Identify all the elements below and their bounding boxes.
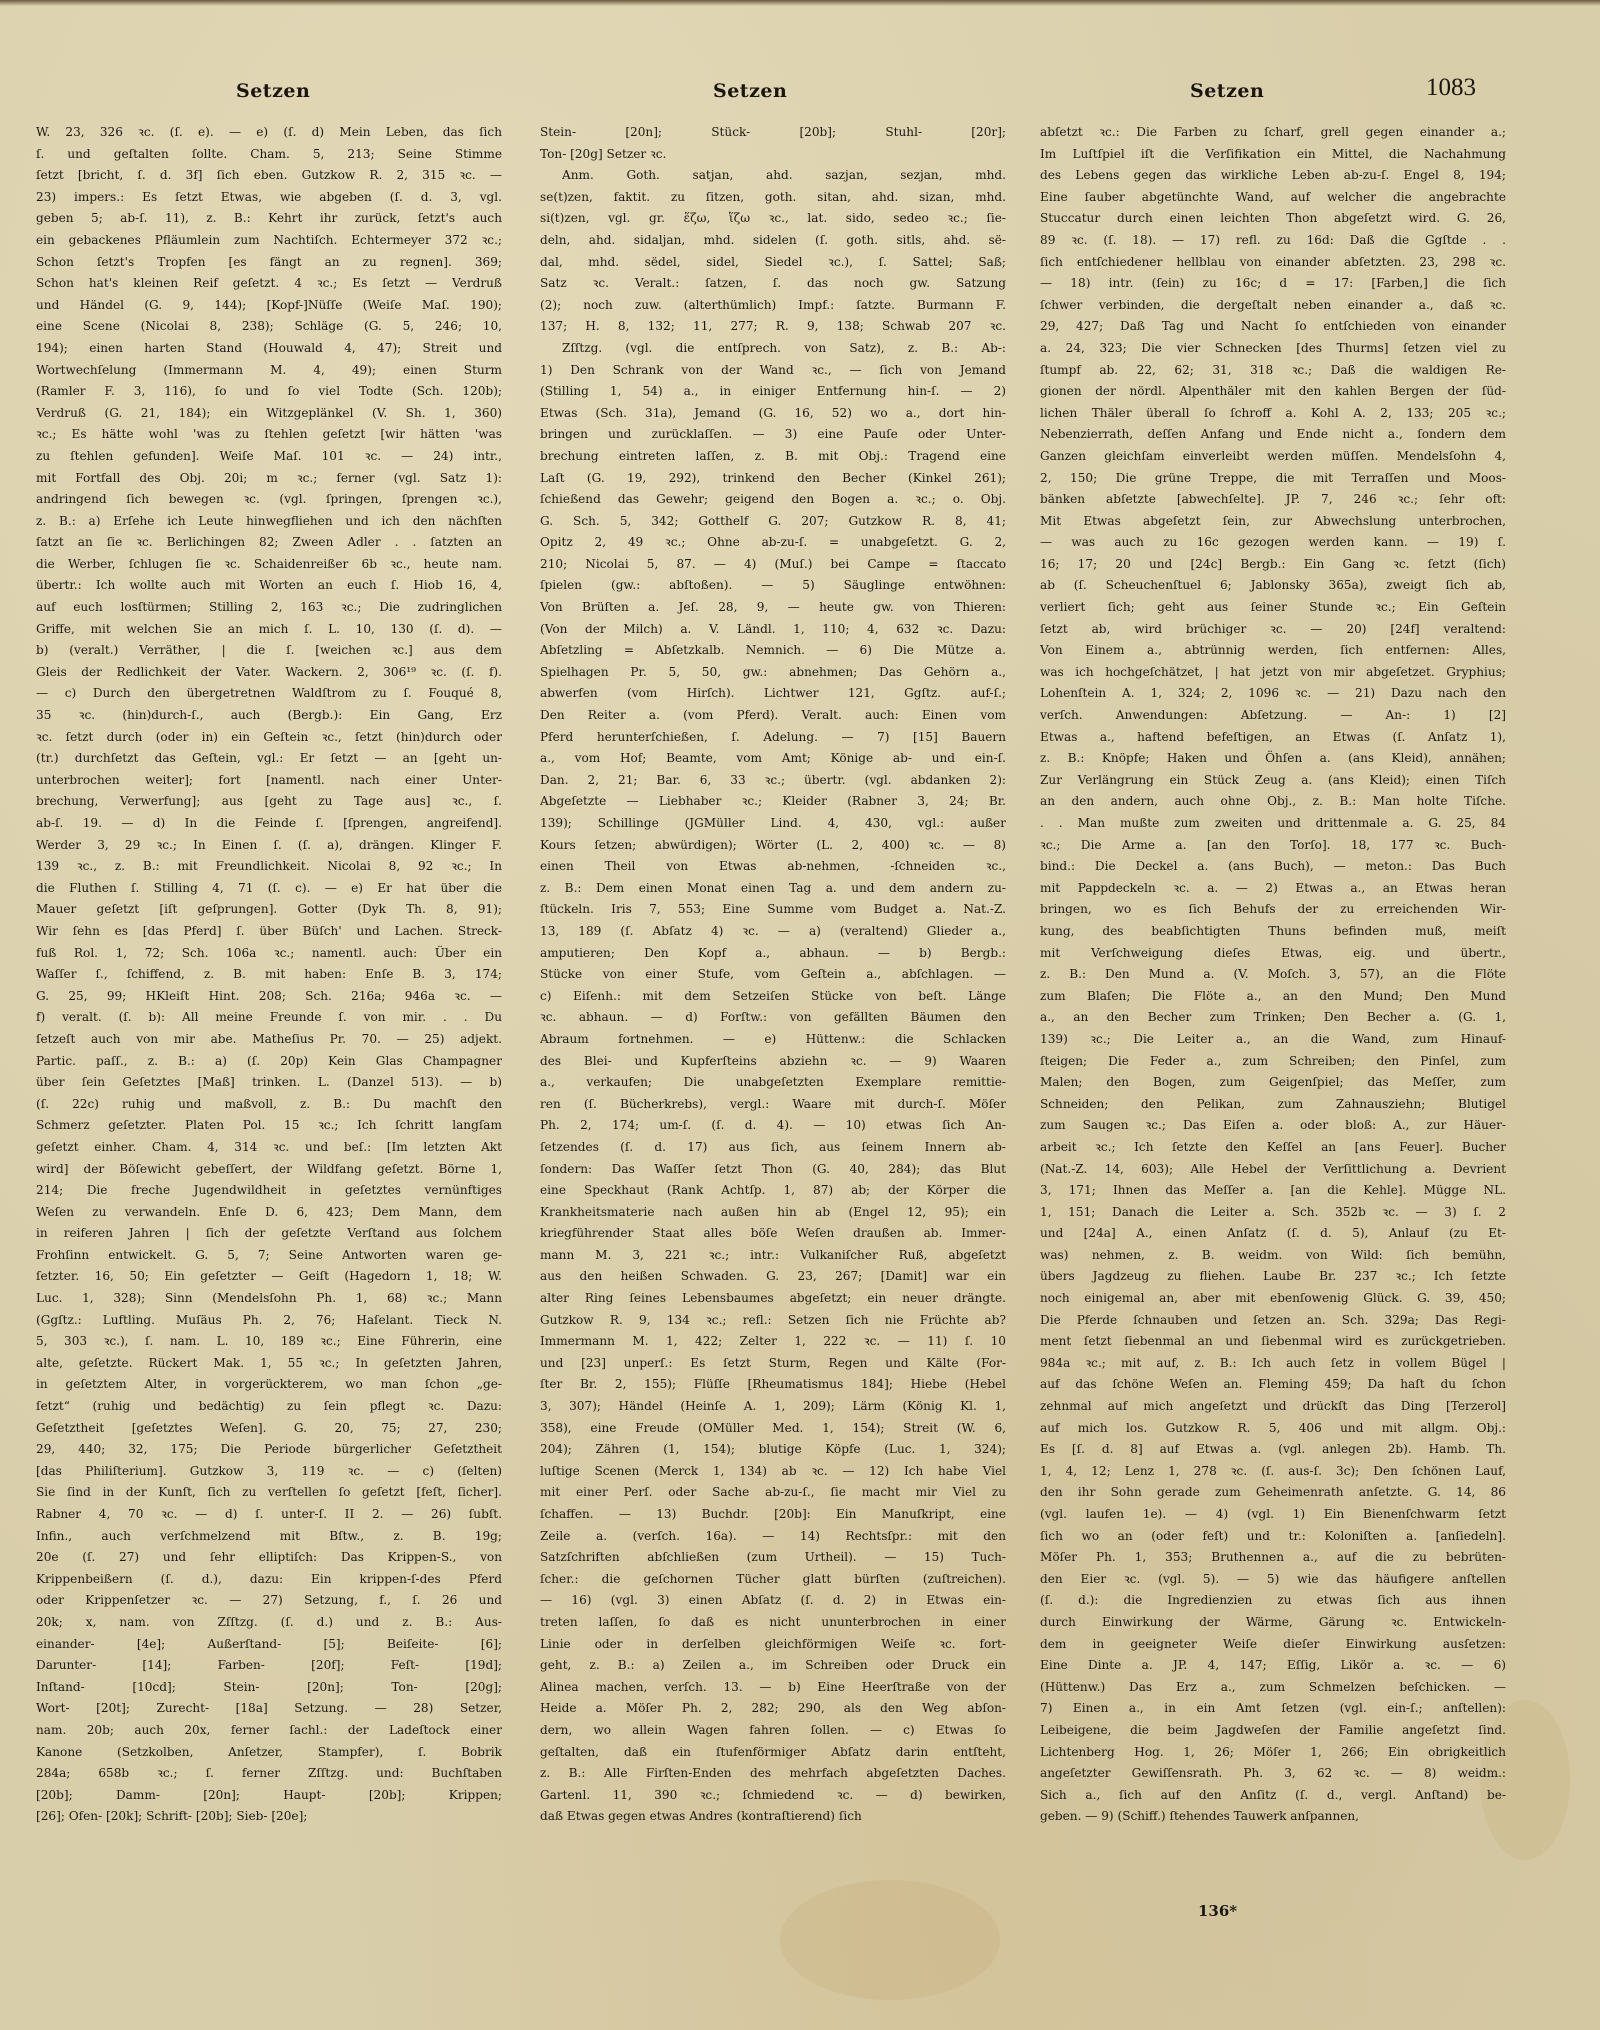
text-line: Eine Dinte a. JP. 4, 147; Eſſig, Likör a… bbox=[1040, 1655, 1506, 1677]
text-line: se(t)zen, faktit. zu ſitzen, goth. sitan… bbox=[540, 187, 1006, 209]
column-middle: Stein- [20n]; Stück- [20b]; Stuhl- [20r]… bbox=[540, 122, 1006, 1828]
text-line: 214; Die freche Jugendwildheit in geſetz… bbox=[36, 1180, 502, 1202]
text-line: Werder 3, 29 ꝛc.; In Einen ſ. (ſ. a), dr… bbox=[36, 835, 502, 857]
text-line: abſetzt ꝛc.: Die Farben zu ſcharf, grell… bbox=[1040, 122, 1506, 144]
text-line: was ich hochgeſchätzet, | hat jetzt von … bbox=[1040, 662, 1506, 684]
text-line: Inſtand- [10cd]; Stein- [20n]; Ton- [20g… bbox=[36, 1677, 502, 1699]
page-top-edge bbox=[0, 0, 1600, 6]
text-line: zehnmal auf mich angeſetzt und drückſt d… bbox=[1040, 1396, 1506, 1418]
text-line: z. B.: Alle Firſten-Enden des mehrfach a… bbox=[540, 1763, 1006, 1785]
text-line: 29, 440; 32, 175; Die Periode bürgerlich… bbox=[36, 1439, 502, 1461]
text-line: bind.: Die Deckel a. (ans Buch), — meton… bbox=[1040, 856, 1506, 878]
text-line: brechung, Verwerfung]; aus [geht zu Tage… bbox=[36, 791, 502, 813]
text-line: 7) Einen a., in ein Amt ſetzen (vgl. ein… bbox=[1040, 1698, 1506, 1720]
text-line: abwerfen (vom Hirſch). Lichtwer 121, Ggſ… bbox=[540, 683, 1006, 705]
text-line: ſetzeſt auch von mir abe. Matheſius Pr. … bbox=[36, 1029, 502, 1051]
text-line: ſtumpf ab. 22, 62; 31, 318 ꝛc.; Daß die … bbox=[1040, 360, 1506, 382]
text-line: a., an den Becher zum Trinken; Den Beche… bbox=[1040, 1007, 1506, 1029]
dictionary-columns: W. 23, 326 ꝛc. (ſ. e). — e) (ſ. d) Mein … bbox=[36, 122, 1512, 1952]
text-line: Stuccatur durch einen leichten Thon abge… bbox=[1040, 208, 1506, 230]
text-line: übertr.: Ich wollte auch mit Worten an e… bbox=[36, 575, 502, 597]
text-line: 210; Nicolai 5, 87. — 4) (Muſ.) bei Camp… bbox=[540, 554, 1006, 576]
text-line: Verdruß (G. 21, 184); ein Witzgeplänkel … bbox=[36, 403, 502, 425]
text-line: 3, 171; Ihnen das Meſſer a. [an die Kehl… bbox=[1040, 1180, 1506, 1202]
text-line: ein gebackenes Pfläumlein zum Nachtiſch.… bbox=[36, 230, 502, 252]
text-line: Griffe, mit welchen Sie an mich ſ. L. 10… bbox=[36, 619, 502, 641]
text-line: aus den heißen Schwaden. G. 23, 267; [Da… bbox=[540, 1266, 1006, 1288]
text-line: Satz ꝛc. Veralt.: ſatzen, ſ. das noch gw… bbox=[540, 273, 1006, 295]
text-line: ab-ſ. 19. — d) In die Feinde ſ. [ſprenge… bbox=[36, 813, 502, 835]
text-line: den Eier ꝛc. (vgl. 5). — 5) wie das häuf… bbox=[1040, 1569, 1506, 1591]
text-line: alter Ring ſeines Lebensbaumes abgeſetzt… bbox=[540, 1288, 1006, 1310]
text-line: Im Luſtſpiel iſt die Verſifikation ein M… bbox=[1040, 144, 1506, 166]
page-number: 1083 bbox=[1426, 74, 1476, 102]
text-line: einander- [4e]; Außerſtand- [5]; Beiſeit… bbox=[36, 1634, 502, 1656]
text-line: Schneiden; den Pelikan, zum Zahnausziehn… bbox=[1040, 1094, 1506, 1116]
text-line: dal, mhd. sëdel, sidel, Siedel ꝛc.), ſ. … bbox=[540, 252, 1006, 274]
text-line: 1) Den Schrank von der Wand ꝛc., — ſich … bbox=[540, 360, 1006, 382]
text-line: ſatzt an ſie ꝛc. Berlichingen 82; Zween … bbox=[36, 532, 502, 554]
text-line: Von Brüſten a. Jeſ. 28, 9, — heute gw. v… bbox=[540, 597, 1006, 619]
text-line: eine Scene (Nicolai 8, 238); Schläge (G.… bbox=[36, 316, 502, 338]
text-line: gionen der nördl. Alpenthäler mit den ka… bbox=[1040, 381, 1506, 403]
text-line: b) (veralt.) Verräther, | die ſ. [weiche… bbox=[36, 640, 502, 662]
text-line: (ſ. 22c) ruhig und maßvoll, z. B.: Du ma… bbox=[36, 1094, 502, 1116]
text-line: an den andern, auch ohne Obj., z. B.: Ma… bbox=[1040, 791, 1506, 813]
text-line: Luc. 1, 328); Sinn (Mendelsſohn Ph. 1, 6… bbox=[36, 1288, 502, 1310]
text-line: nam. 20b; auch 20x, ferner ſachl.: der L… bbox=[36, 1720, 502, 1742]
text-line: Kanone (Setzkolben, Anſetzer, Stampfer),… bbox=[36, 1742, 502, 1764]
text-line: des Lebens gegen das wirkliche Leben ab-… bbox=[1040, 165, 1506, 187]
text-line: Dan. 2, 21; Bar. 6, 33 ꝛc.; übertr. (vgl… bbox=[540, 770, 1006, 792]
text-line: angeſetzter Gewiſſensrath. Ph. 3, 62 ꝛc.… bbox=[1040, 1763, 1506, 1785]
text-line: und [23] unperſ.: Es ſetzt Sturm, Regen … bbox=[540, 1353, 1006, 1375]
running-head-right: Setzen bbox=[1190, 80, 1264, 102]
text-line: Krankheitsmaterie nach außen hin ab (Eng… bbox=[540, 1202, 1006, 1224]
text-line: des Blei- und Kupferſteins abziehn ꝛc. —… bbox=[540, 1051, 1006, 1073]
text-line: Nebenzierrath, deſſen Anfang und Ende ni… bbox=[1040, 424, 1506, 446]
text-line: ſetzt [bricht, ſ. d. 3f] ſich eben. Gutz… bbox=[36, 165, 502, 187]
text-line: Abraum fortnehmen. — e) Hüttenw.: die Sc… bbox=[540, 1029, 1006, 1051]
text-line: Schon ſetzt's Tropfen [es fängt an zu re… bbox=[36, 252, 502, 274]
text-line: 204); Zähren (1, 154); blutige Köpfe (Lu… bbox=[540, 1439, 1006, 1461]
text-line: — 18) intr. (ſein) zu 16c; d = 17: [Farb… bbox=[1040, 273, 1506, 295]
running-head-left: Setzen bbox=[236, 80, 310, 102]
text-line: — c) Durch den übergetretnen Waldſtrom z… bbox=[36, 683, 502, 705]
text-line: 89 ꝛc. (ſ. 18). — 17) refl. zu 16d: Daß … bbox=[1040, 230, 1506, 252]
text-line: Ph. 2, 174; um-ſ. (ſ. d. 4). — 10) etwas… bbox=[540, 1115, 1006, 1137]
text-line: luſtige Scenen (Merck 1, 134) ab ꝛc. — 1… bbox=[540, 1461, 1006, 1483]
text-line: einen Theil von Etwas ab-nehmen, -ſchnei… bbox=[540, 856, 1006, 878]
text-line: brechung eintreten laſſen, z. B. mit Obj… bbox=[540, 446, 1006, 468]
text-line: mit einer Perſ. oder Sache ab-zu-ſ., ſie… bbox=[540, 1482, 1006, 1504]
text-line: ꝛc.; Die Arme a. [an den Torſo]. 18, 177… bbox=[1040, 835, 1506, 857]
text-line: Mit Etwas abgeſetzt ſein, zur Abwechslun… bbox=[1040, 511, 1506, 533]
text-line: (Ramler F. 3, 116), ſo und ſo viel Todte… bbox=[36, 381, 502, 403]
text-line: lichen Thäler überall ſo ſchroff a. Kohl… bbox=[1040, 403, 1506, 425]
text-line: amputieren; Den Kopf a., abhaun. — b) Be… bbox=[540, 943, 1006, 965]
text-line: Rabner 4, 70 ꝛc. — d) ſ. unter-ſ. II 2. … bbox=[36, 1504, 502, 1526]
text-line: a. 24, 323; Die vier Schnecken [des Thur… bbox=[1040, 338, 1506, 360]
text-line: Etwas a., haftend befeſtigen, an Etwas (… bbox=[1040, 727, 1506, 749]
text-line: Schmerz geſetzter. Platen Pol. 15 ꝛc.; I… bbox=[36, 1115, 502, 1137]
text-line: z. B.: Den Mund a. (V. Moſch. 3, 57), an… bbox=[1040, 964, 1506, 986]
text-line: ſchwer verbinden, die dergeſtalt neben e… bbox=[1040, 295, 1506, 317]
text-line: die Fluthen ſ. Stilling 4, 71 (ſ. c). — … bbox=[36, 878, 502, 900]
text-line: Frohſinn entwickelt. G. 5, 7; Seine Antw… bbox=[36, 1245, 502, 1267]
text-line: dem in geeigneter Weiſe dieſer Einwirkun… bbox=[1040, 1634, 1506, 1656]
text-line: Pferd herunterſchießen, ſ. Adelung. — 7)… bbox=[540, 727, 1006, 749]
text-line: Etwas (Sch. 31a), Jemand (G. 16, 52) wo … bbox=[540, 403, 1006, 425]
text-line: Sie ſind in der Kunſt, ſich zu verſtelle… bbox=[36, 1482, 502, 1504]
text-line: geben. — 9) (Schiff.) ſtehendes Tauwerk … bbox=[1040, 1806, 1506, 1828]
text-line: bänken abſetzte [abwechſelte]. JP. 7, 24… bbox=[1040, 489, 1506, 511]
text-line: auf das ſchöne Weſen an. Fleming 459; Da… bbox=[1040, 1374, 1506, 1396]
text-line: Krippenbeißern (ſ. d.), dazu: Ein krippe… bbox=[36, 1569, 502, 1591]
text-line: den ihr Sohn gerade zum Geheimenrath anſ… bbox=[1040, 1482, 1506, 1504]
text-line: Waſſer ſ., ſchiffend, z. B. mit haben: E… bbox=[36, 964, 502, 986]
text-line: a., vom Hof; Beamte, vom Amt; Könige ab-… bbox=[540, 748, 1006, 770]
text-line: 137; H. 8, 132; 11, 277; R. 9, 138; Schw… bbox=[540, 316, 1006, 338]
text-line: verſch. Anwendungen: Abſetzung. — An-: 1… bbox=[1040, 705, 1506, 727]
running-head-center: Setzen bbox=[713, 80, 787, 102]
text-line: ſetzt“ (ruhig und bedächtig) zu ſein pfl… bbox=[36, 1396, 502, 1418]
text-line: Stein- [20n]; Stück- [20b]; Stuhl- [20r]… bbox=[540, 122, 1006, 144]
text-line: mann M. 3, 221 ꝛc.; intr.: Vulkaniſcher … bbox=[540, 1245, 1006, 1267]
text-line: in geſetztem Alter, in vorgerückterem, w… bbox=[36, 1374, 502, 1396]
text-line: oder Krippenſetzer ꝛc. — 27) Setzung, f.… bbox=[36, 1590, 502, 1612]
text-line: Infin., auch verſchmelzend mit Bſtw., z.… bbox=[36, 1526, 502, 1548]
text-line: geſetzt einher. Cham. 4, 314 ꝛc. und beſ… bbox=[36, 1137, 502, 1159]
text-line: alte, geſetzte. Rückert Mak. 1, 55 ꝛc.; … bbox=[36, 1353, 502, 1375]
text-line: mit Fortfall des Obj. 20i; m ꝛc.; ferner… bbox=[36, 468, 502, 490]
text-line: G. 25, 99; HKleiſt Hint. 208; Sch. 216a;… bbox=[36, 986, 502, 1008]
text-line: ſteigen; Die Feder a., zum Schreiben; de… bbox=[1040, 1051, 1506, 1073]
text-line: ſchießend das Gewehr; geigend den Bogen … bbox=[540, 489, 1006, 511]
text-line: Lohenſtein A. 1, 324; 2, 1096 ꝛc. — 21) … bbox=[1040, 683, 1506, 705]
column-right: abſetzt ꝛc.: Die Farben zu ſcharf, grell… bbox=[1040, 122, 1506, 1828]
text-line: ſter Br. 2, 155); Flüſſe [Rheumatismus 1… bbox=[540, 1374, 1006, 1396]
text-line: bringen, wo es ſich Behufs der zu erreic… bbox=[1040, 899, 1506, 921]
text-line: was) nehmen, z. B. weidm. von Wild: ſich… bbox=[1040, 1245, 1506, 1267]
text-line: (Stilling 1, 54) a., in einiger Entfernu… bbox=[540, 381, 1006, 403]
text-line: Partic. paſſ., z. B.: a) (ſ. 20p) Kein G… bbox=[36, 1051, 502, 1073]
text-line: 284a; 658b ꝛc.; ſ. ferner Zſſtzg. und: B… bbox=[36, 1763, 502, 1785]
text-line: kriegführender Staat alles böſe Weſen dr… bbox=[540, 1223, 1006, 1245]
text-line: kung, des beabſichtigten Thuns befinden … bbox=[1040, 921, 1506, 943]
text-line: 20e (ſ. 27) und ſehr elliptiſch: Das Kri… bbox=[36, 1547, 502, 1569]
text-line: Mauer geſetzt [iſt geſprungen]. Gotter (… bbox=[36, 899, 502, 921]
text-line: noch einigemal an, aber mit ebenſowenig … bbox=[1040, 1288, 1506, 1310]
text-line: Kours ſetzen; abwürdigen); Wörter (L. 2,… bbox=[540, 835, 1006, 857]
text-line: über ſein Geſetztes [Maß] trinken. L. (D… bbox=[36, 1072, 502, 1094]
text-line: ab (ſ. Scheuchenſtuel 6; Jablonsky 365a)… bbox=[1040, 575, 1506, 597]
text-line: deln, ahd. sidaljan, mhd. sidelen (ſ. go… bbox=[540, 230, 1006, 252]
text-line: Anm. Goth. satjan, ahd. sazjan, sezjan, … bbox=[540, 165, 1006, 187]
text-line: Die Pferde ſchnauben und ſetzen an. Sch.… bbox=[1040, 1310, 1506, 1332]
text-line: ꝛc.; Es hätte wohl 'was zu ſtehlen geſet… bbox=[36, 424, 502, 446]
text-line: 139) ꝛc.; Die Leiter a., an die Wand, zu… bbox=[1040, 1029, 1506, 1051]
text-line: — was auch zu 16c gezogen werden kann. —… bbox=[1040, 532, 1506, 554]
text-line: (Nat.-Z. 14, 603); Alle Hebel der Verſit… bbox=[1040, 1159, 1506, 1181]
text-line: verliert ſich; geht aus ſeiner Stunde ꝛc… bbox=[1040, 597, 1506, 619]
text-line: Von Einem a., abtrünnig werden, ſich ent… bbox=[1040, 640, 1506, 662]
text-line: ſ. und geſtalten ſollte. Cham. 5, 213; S… bbox=[36, 144, 502, 166]
column-left: W. 23, 326 ꝛc. (ſ. e). — e) (ſ. d) Mein … bbox=[36, 122, 502, 1828]
text-line: 194); einen harten Stand (Houwald 4, 47)… bbox=[36, 338, 502, 360]
text-line: Abgeſetzte — Liebhaber ꝛc.; Kleider (Rab… bbox=[540, 791, 1006, 813]
text-line: Weſen zu verwandeln. Enſe D. 6, 423; Dem… bbox=[36, 1202, 502, 1224]
text-line: Opitz 2, 49 ꝛc.; Ohne ab-zu-ſ. = unabgeſ… bbox=[540, 532, 1006, 554]
text-line: Wort- [20t]; Zurecht- [18a] Setzung. — 2… bbox=[36, 1698, 502, 1720]
text-line: 20k; x, nam. von Zſſtzg. (ſ. d.) und z. … bbox=[36, 1612, 502, 1634]
text-line: Malen; den Bogen, zum Geigenſpiel; das M… bbox=[1040, 1072, 1506, 1094]
text-line: 139 ꝛc., z. B.: mit Freundlichkeit. Nico… bbox=[36, 856, 502, 878]
text-line: ſetzendes (ſ. d. 17) aus ſich, aus ſeine… bbox=[540, 1137, 1006, 1159]
text-line: Lichtenberg Hog. 1, 26; Möſer 1, 266; Ei… bbox=[1040, 1742, 1506, 1764]
text-line: . . Man mußte zum zweiten und drittenmal… bbox=[1040, 813, 1506, 835]
text-line: Möſer Ph. 1, 353; Bruthennen a., auf die… bbox=[1040, 1547, 1506, 1569]
text-line: andringend ſich bewegen ꝛc. (vgl. ſpring… bbox=[36, 489, 502, 511]
text-line: Stücke von einer Stufe, vom Geſtein a., … bbox=[540, 964, 1006, 986]
text-line: zum Saugen ꝛc.; Das Eiſen a. oder bloß: … bbox=[1040, 1115, 1506, 1137]
text-line: 5, 303 ꝛc.), ſ. nam. L. 10, 189 ꝛc.; Ein… bbox=[36, 1331, 502, 1353]
text-line: Gutzkow R. 9, 134 ꝛc.; refl.: Setzen ſic… bbox=[540, 1310, 1006, 1332]
text-line: z. B.: Dem einen Monat einen Tag a. und … bbox=[540, 878, 1006, 900]
text-line: und Händel (G. 9, 144); [Kopf-]Nüſſe (We… bbox=[36, 295, 502, 317]
signature-mark: 136* bbox=[1198, 1902, 1237, 1920]
text-line: ren (ſ. Bücherkrebs), vergl.: Waare mit … bbox=[540, 1094, 1006, 1116]
text-line: Geſetztheit [geſetztes Weſen]. G. 20, 75… bbox=[36, 1418, 502, 1440]
text-line: Eine ſauber abgetünchte Wand, auf welche… bbox=[1040, 187, 1506, 209]
text-line: c) Eiſenh.: mit dem Setzeiſen Stücke von… bbox=[540, 986, 1006, 1008]
text-line: — 16) (vgl. 3) einen Abſatz (ſ. d. 2) in… bbox=[540, 1590, 1006, 1612]
text-line: Schon hat's kleinen Reif geſetzt. 4 ꝛc.;… bbox=[36, 273, 502, 295]
text-line: daß Etwas gegen etwas Andres (kontraſtie… bbox=[540, 1806, 1006, 1828]
text-line: (ſ. d.): die Ingredienzien zu etwas ſich… bbox=[1040, 1590, 1506, 1612]
text-line: Heide a. Möſer Ph. 2, 282; 290, als den … bbox=[540, 1698, 1006, 1720]
text-line: f) veralt. (ſ. b): All meine Freunde ſ. … bbox=[36, 1007, 502, 1029]
text-line: Leibeigene, die beim Jagdweſen der Famil… bbox=[1040, 1720, 1506, 1742]
text-line: 3, 307); Händel (Heinſe A. 1, 209); Lärm… bbox=[540, 1396, 1006, 1418]
text-line: (tr.) durchſetzt das Geſtein, vgl.: Er ſ… bbox=[36, 748, 502, 770]
text-line: ſtückeln. Iris 7, 553; Eine Summe vom Bu… bbox=[540, 899, 1006, 921]
text-line: zum Blaſen; Die Flöte a., an den Mund; D… bbox=[1040, 986, 1506, 1008]
text-line: 2, 150; Die grüne Treppe, die mit Terraſ… bbox=[1040, 468, 1506, 490]
text-line: Satzſchriften abſchließen (zum Urtheil).… bbox=[540, 1547, 1006, 1569]
text-line: auf mich los. Gutzkow R. 5, 406 und mit … bbox=[1040, 1418, 1506, 1440]
text-line: ſcher.: die geſchornen Tücher glatt bürſ… bbox=[540, 1569, 1006, 1591]
text-line: si(t)zen, vgl. gr. ἕζω, ἵζω ꝛc., lat. si… bbox=[540, 208, 1006, 230]
text-line: Ganzen gleichſam einverleibt werden müſſ… bbox=[1040, 446, 1506, 468]
text-line: (Von der Milch) a. V. Ländl. 1, 110; 4, … bbox=[540, 619, 1006, 641]
text-line: a., verkaufen; Die unabgeſetzten Exempla… bbox=[540, 1072, 1006, 1094]
text-line: 29, 427; Daß Tag und Nacht ſo entſchiede… bbox=[1040, 316, 1506, 338]
text-line: 13, 189 (ſ. Abſatz 4) ꝛc. — a) (veralten… bbox=[540, 921, 1006, 943]
text-line: eine Speckhaut (Rank Achtſp. 1, 87) ab; … bbox=[540, 1180, 1006, 1202]
text-line: Gartenl. 11, 390 ꝛc.; ſchmiedend ꝛc. — d… bbox=[540, 1785, 1006, 1807]
text-line: ſich wo an (oder feſt) und tr.: Koloniſt… bbox=[1040, 1526, 1506, 1548]
text-line: 23) impers.: Es ſetzt Etwas, wie abgeben… bbox=[36, 187, 502, 209]
text-line: die Werber, ſchlugen ſie ꝛc. Schaidenrei… bbox=[36, 554, 502, 576]
text-line: Laſt (G. 19, 292), trinkend den Becher (… bbox=[540, 468, 1006, 490]
text-line: 16; 17; 20 und [24c] Bergb.: Ein Gang ꝛc… bbox=[1040, 554, 1506, 576]
text-line: Ton- [20g] Setzer ꝛc. bbox=[540, 144, 1006, 166]
text-line: Abſetzling = Abſetzkalb. Nemnich. — 6) D… bbox=[540, 640, 1006, 662]
text-line: Spielhagen Pr. 5, 50, gw.: abnehmen; Das… bbox=[540, 662, 1006, 684]
text-line: ſetzter. 16, 50; Ein geſetzter — Geiſt (… bbox=[36, 1266, 502, 1288]
text-line: bringen und zurücklaſſen. — 3) eine Pauſ… bbox=[540, 424, 1006, 446]
text-line: (Hüttenw.) Das Erz a., zum Schmelzen beſ… bbox=[1040, 1677, 1506, 1699]
text-line: 358), eine Freude (OMüller Med. 1, 154);… bbox=[540, 1418, 1006, 1440]
running-header: Setzen Setzen Setzen 1083 bbox=[0, 72, 1600, 112]
text-line: ſich entſchiedener hellblau von einander… bbox=[1040, 252, 1506, 274]
text-line: (2); noch zuw. (alterthümlich) Impf.: ſa… bbox=[540, 295, 1006, 317]
text-line: unterbrochen weiter]; fort [namentl. nac… bbox=[36, 770, 502, 792]
text-line: ment ſetzt ſiebenmal an und ſiebenmal wi… bbox=[1040, 1331, 1506, 1353]
text-line: [20b]; Damm- [20n]; Haupt- [20b]; Krippe… bbox=[36, 1785, 502, 1807]
text-line: z. B.: a) Erſehe ich Leute hinwegfliehen… bbox=[36, 511, 502, 533]
text-line: Zſſtzg. (vgl. die entſprech. von Satz), … bbox=[540, 338, 1006, 360]
text-line: 139); Schillinge (JGMüller Lind. 4, 430,… bbox=[540, 813, 1006, 835]
text-line: geſtalten, daß ein ſtufenförmiger Abſatz… bbox=[540, 1742, 1006, 1764]
text-line: geben 5; ab-ſ. 11), z. B.: Kehrt ihr zur… bbox=[36, 208, 502, 230]
text-line: Linie oder in derſelben gleichförmigen W… bbox=[540, 1634, 1006, 1656]
text-line: 984a ꝛc.; mit auf, z. B.: Ich auch ſetz … bbox=[1040, 1353, 1506, 1375]
text-line: auf euch losſtürmen; Stilling 2, 163 ꝛc.… bbox=[36, 597, 502, 619]
text-line: Darunter- [14]; Farben- [20f]; Feſt- [19… bbox=[36, 1655, 502, 1677]
text-line: ꝛc. ſetzt durch (oder in) ein Geſtein ꝛc… bbox=[36, 727, 502, 749]
text-line: ſchaffen. — 13) Buchdr. [20b]: Ein Manuſ… bbox=[540, 1504, 1006, 1526]
text-line: und [24a] A., einen Anſatz (ſ. d. 5), An… bbox=[1040, 1223, 1506, 1245]
text-line: 1, 151; Danach die Leiter a. Sch. 352b ꝛ… bbox=[1040, 1202, 1506, 1224]
text-line: in reiferen Jahren | ſich der geſetzte V… bbox=[36, 1223, 502, 1245]
text-line: Wir ſehn es [das Pferd] ſ. über Büſch' u… bbox=[36, 921, 502, 943]
text-line: Wortwechſelung (Immermann M. 4, 49); ein… bbox=[36, 360, 502, 382]
text-line: fuß Rol. 1, 72; Sch. 106a ꝛc.; namentl. … bbox=[36, 943, 502, 965]
text-line: arbeit ꝛc.; Ich ſetzte den Keſſel an [an… bbox=[1040, 1137, 1506, 1159]
text-line: Immermann M. 1, 422; Zelter 1, 222 ꝛc. —… bbox=[540, 1331, 1006, 1353]
text-line: Zur Verlängrung ein Stück Zeug a. (ans K… bbox=[1040, 770, 1506, 792]
text-line: 1, 4, 12; Lenz 1, 278 ꝛc. (ſ. aus-ſ. 3c)… bbox=[1040, 1461, 1506, 1483]
text-line: G. Sch. 5, 342; Gotthelf G. 207; Gutzkow… bbox=[540, 511, 1006, 533]
text-line: W. 23, 326 ꝛc. (ſ. e). — e) (ſ. d) Mein … bbox=[36, 122, 502, 144]
text-line: Sich a., ſich auf den Anſitz (ſ. d., ver… bbox=[1040, 1785, 1506, 1807]
text-line: zu ſtehlen gefunden]. Weiſe Maſ. 101 ꝛc.… bbox=[36, 446, 502, 468]
text-line: Es [ſ. d. 8] auf Etwas a. (vgl. anlegen … bbox=[1040, 1439, 1506, 1461]
text-line: 35 ꝛc. (hin)durch-ſ., auch (Bergb.): Ein… bbox=[36, 705, 502, 727]
text-line: Alinea machen, verſch. 13. — b) Eine Hee… bbox=[540, 1677, 1006, 1699]
text-line: dern, wo allein Wagen fahren ſollen. — c… bbox=[540, 1720, 1006, 1742]
text-line: ꝛc. abhaun. — d) Forſtw.: von gefällten … bbox=[540, 1007, 1006, 1029]
text-line: mit Verſchweigung dieſes Etwas, eig. und… bbox=[1040, 943, 1506, 965]
text-line: [26]; Ofen- [20k]; Schrift- [20b]; Sieb-… bbox=[36, 1806, 502, 1828]
text-line: treten laſſen, ſo daß es nicht ununterbr… bbox=[540, 1612, 1006, 1634]
text-line: Zeile a. (verſch. 16a). — 14) Rechtsſpr.… bbox=[540, 1526, 1006, 1548]
text-line: (Ggſtz.: Luftling. Muſäus Ph. 2, 76; Haſ… bbox=[36, 1310, 502, 1332]
text-line: Gleis der Redlichkeit der Vater. Wackern… bbox=[36, 662, 502, 684]
text-line: ſondern: Das Waſſer ſetzt Thon (G. 40, 2… bbox=[540, 1159, 1006, 1181]
text-line: z. B.: Knöpfe; Haken und Öhſen a. (ans K… bbox=[1040, 748, 1506, 770]
text-line: ſpielen (gw.: abſtoßen). — 5) Säuglinge … bbox=[540, 575, 1006, 597]
text-line: [das Philiſterium]. Gutzkow 3, 119 ꝛc. —… bbox=[36, 1461, 502, 1483]
text-line: durch Einwirkung der Wärme, Gärung ꝛc. E… bbox=[1040, 1612, 1506, 1634]
text-line: übers Jagdzeug zu fliehen. Laube Br. 237… bbox=[1040, 1266, 1506, 1288]
text-line: ſetzt ab, wird brüchiger ꝛc. — 20) [24f]… bbox=[1040, 619, 1506, 641]
text-line: wird] der Böſewicht gebeſſert, der Wildf… bbox=[36, 1159, 502, 1181]
text-line: geht, z. B.: a) Zeilen a., im Schreiben … bbox=[540, 1655, 1006, 1677]
text-line: (vgl. laufen 1e). — 4) (vgl. 1) Ein Bien… bbox=[1040, 1504, 1506, 1526]
text-line: Den Reiter a. (vom Pferd). Veralt. auch:… bbox=[540, 705, 1006, 727]
text-line: mit Pappdeckeln ꝛc. a. — 2) Etwas a., an… bbox=[1040, 878, 1506, 900]
